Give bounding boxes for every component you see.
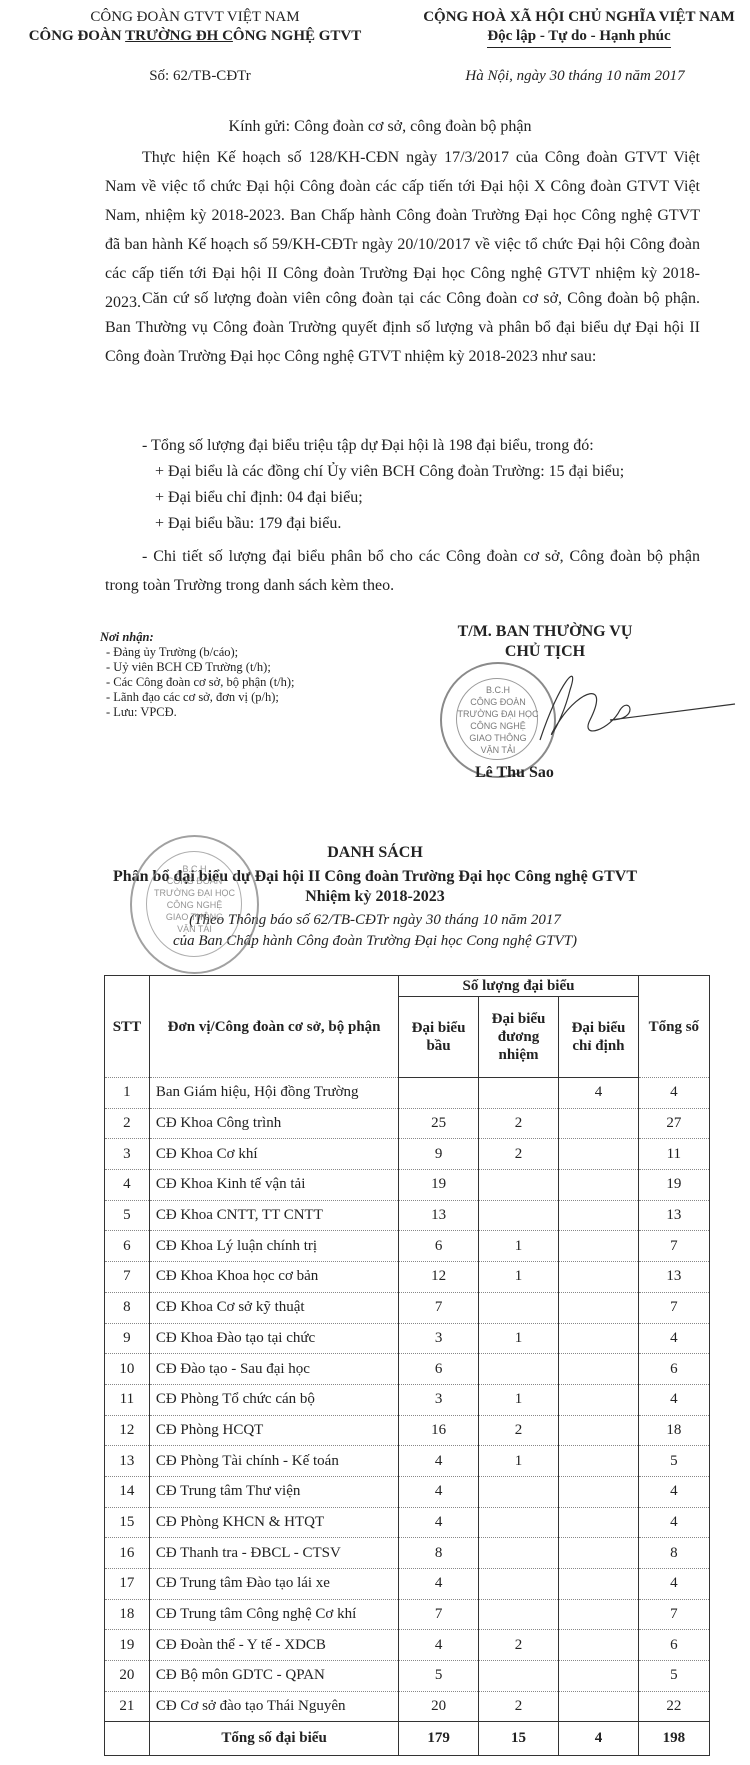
total-cell: 7 — [638, 1231, 709, 1262]
incumbent-cell — [478, 1599, 558, 1630]
incumbent-cell: 2 — [478, 1139, 558, 1170]
totals-incumbent: 15 — [478, 1722, 558, 1756]
unit-cell: CĐ Bộ môn GDTC - QPAN — [149, 1661, 399, 1692]
stt-cell: 13 — [105, 1446, 150, 1477]
unit-cell: CĐ Đoàn thể - Y tế - XDCB — [149, 1630, 399, 1661]
total-cell: 18 — [638, 1415, 709, 1446]
incumbent-cell — [478, 1292, 558, 1323]
stt-cell: 19 — [105, 1630, 150, 1661]
stt-cell: 17 — [105, 1569, 150, 1600]
stt-cell: 7 — [105, 1262, 150, 1293]
elected-cell: 25 — [399, 1108, 478, 1139]
total-cell: 6 — [638, 1354, 709, 1385]
table-row: 14CĐ Trung tâm Thư viện44 — [105, 1476, 710, 1507]
appointed-cell — [559, 1108, 638, 1139]
delegate-allocation-table: STT Đơn vị/Công đoàn cơ sở, bộ phận Số l… — [104, 975, 710, 1756]
totals-row: Tổng số đại biểu179154198 — [105, 1722, 710, 1756]
table-row: 10CĐ Đào tạo - Sau đại học66 — [105, 1354, 710, 1385]
sub-bullet-3: + Đại biểu bầu: 179 đại biểu. — [155, 511, 341, 537]
total-cell: 4 — [638, 1323, 709, 1354]
elected-cell: 9 — [399, 1139, 478, 1170]
incumbent-cell — [478, 1661, 558, 1692]
signer-name: Lê Thu Sao — [475, 764, 554, 782]
incumbent-cell: 1 — [478, 1384, 558, 1415]
unit-cell: CĐ Khoa Cơ sở kỹ thuật — [149, 1292, 399, 1323]
place-date: Hà Nội, ngày 30 tháng 10 năm 2017 — [405, 68, 745, 85]
incumbent-cell — [478, 1569, 558, 1600]
list-subtitle: Phân bổ đại biểu dự Đại hội II Công đoàn… — [0, 867, 750, 887]
total-cell: 13 — [638, 1200, 709, 1231]
incumbent-cell — [478, 1354, 558, 1385]
unit-cell: CĐ Khoa Kinh tế vận tải — [149, 1170, 399, 1201]
unit-cell: CĐ Khoa Đào tạo tại chức — [149, 1323, 399, 1354]
table-row: 21CĐ Cơ sở đào tạo Thái Nguyên20222 — [105, 1691, 710, 1722]
appointed-cell — [559, 1476, 638, 1507]
stt-cell: 10 — [105, 1354, 150, 1385]
appointed-cell — [559, 1661, 638, 1692]
table-row: 2CĐ Khoa Công trình25227 — [105, 1108, 710, 1139]
elected-cell: 4 — [399, 1507, 478, 1538]
appointed-cell — [559, 1599, 638, 1630]
total-cell: 4 — [638, 1078, 709, 1109]
greeting: Kính gửi: Công đoàn cơ sở, công đoàn bộ … — [100, 118, 660, 136]
recipient-item: - Lãnh đạo các cơ sở, đơn vị (p/h); — [100, 690, 295, 705]
totals-label: Tổng số đại biểu — [149, 1722, 399, 1756]
stt-cell: 9 — [105, 1323, 150, 1354]
table-row: 16CĐ Thanh tra - ĐBCL - CTSV88 — [105, 1538, 710, 1569]
elected-cell: 13 — [399, 1200, 478, 1231]
sub-bullet-1: + Đại biểu là các đồng chí Ủy viên BCH C… — [155, 459, 624, 485]
incumbent-cell: 2 — [478, 1108, 558, 1139]
stt-cell: 2 — [105, 1108, 150, 1139]
stt-cell: 8 — [105, 1292, 150, 1323]
appointed-cell — [559, 1446, 638, 1477]
appointed-cell — [559, 1323, 638, 1354]
stt-cell: 14 — [105, 1476, 150, 1507]
appointed-cell: 4 — [559, 1078, 638, 1109]
total-cell: 5 — [638, 1661, 709, 1692]
signature-title: T/M. BAN THƯỜNG VỤ CHỦ TỊCH — [400, 622, 690, 662]
sub-bullet-2: + Đại biểu chỉ định: 04 đại biểu; — [155, 485, 363, 511]
incumbent-cell — [478, 1476, 558, 1507]
stt-cell: 6 — [105, 1231, 150, 1262]
totals-stt-cell — [105, 1722, 150, 1756]
list-note-1: (Theo Thông báo số 62/TB-CĐTr ngày 30 th… — [0, 910, 750, 930]
document-number: Số: 62/TB-CĐTr — [60, 68, 340, 85]
header-delegate-count: Số lượng đại biểu — [399, 976, 638, 997]
total-cell: 7 — [638, 1599, 709, 1630]
incumbent-cell — [478, 1507, 558, 1538]
appointed-cell — [559, 1200, 638, 1231]
handwritten-signature-icon — [500, 660, 740, 760]
stt-cell: 4 — [105, 1170, 150, 1201]
unit-cell: CĐ Khoa Cơ khí — [149, 1139, 399, 1170]
appointed-cell — [559, 1384, 638, 1415]
table-row: 6CĐ Khoa Lý luận chính trị617 — [105, 1231, 710, 1262]
stt-cell: 18 — [105, 1599, 150, 1630]
header-elected: Đại biểu bầu — [399, 997, 478, 1078]
total-cell: 8 — [638, 1538, 709, 1569]
elected-cell: 5 — [399, 1661, 478, 1692]
total-cell: 4 — [638, 1569, 709, 1600]
header-total: Tổng số — [638, 976, 709, 1078]
table-row: 1Ban Giám hiệu, Hội đồng Trường44 — [105, 1078, 710, 1109]
unit-cell: CĐ Trung tâm Đào tạo lái xe — [149, 1569, 399, 1600]
issuer-header: CÔNG ĐOÀN GTVT VIỆT NAM CÔNG ĐOÀN TRƯỜNG… — [20, 8, 370, 46]
recipients-block: Nơi nhận: - Đảng ủy Trường (b/cáo); - Uỷ… — [100, 630, 295, 720]
table-row: 11CĐ Phòng Tổ chức cán bộ314 — [105, 1384, 710, 1415]
incumbent-cell: 1 — [478, 1323, 558, 1354]
official-stamp-icon: B.C.H CÔNG ĐOÀN TRƯỜNG ĐẠI HỌC CÔNG NGHỆ… — [130, 835, 259, 974]
stt-cell: 15 — [105, 1507, 150, 1538]
appointed-cell — [559, 1630, 638, 1661]
incumbent-cell: 2 — [478, 1415, 558, 1446]
elected-cell: 4 — [399, 1446, 478, 1477]
unit-cell: Ban Giám hiệu, Hội đồng Trường — [149, 1078, 399, 1109]
total-cell: 27 — [638, 1108, 709, 1139]
header-incumbent: Đại biểu đương nhiệm — [478, 997, 558, 1078]
total-cell: 4 — [638, 1476, 709, 1507]
table-row: 9CĐ Khoa Đào tạo tại chức314 — [105, 1323, 710, 1354]
table-row: 20CĐ Bộ môn GDTC - QPAN55 — [105, 1661, 710, 1692]
stt-cell: 16 — [105, 1538, 150, 1569]
incumbent-cell — [478, 1078, 558, 1109]
elected-cell: 16 — [399, 1415, 478, 1446]
incumbent-cell: 1 — [478, 1262, 558, 1293]
table-row: 12CĐ Phòng HCQT16218 — [105, 1415, 710, 1446]
unit-cell: CĐ Khoa CNTT, TT CNTT — [149, 1200, 399, 1231]
unit-cell: CĐ Đào tạo - Sau đại học — [149, 1354, 399, 1385]
header-stt: STT — [105, 976, 150, 1078]
total-cell: 4 — [638, 1507, 709, 1538]
appointed-cell — [559, 1415, 638, 1446]
elected-cell: 19 — [399, 1170, 478, 1201]
elected-cell: 4 — [399, 1476, 478, 1507]
unit-cell: CĐ Cơ sở đào tạo Thái Nguyên — [149, 1691, 399, 1722]
elected-cell: 4 — [399, 1630, 478, 1661]
appointed-cell — [559, 1231, 638, 1262]
unit-cell: CĐ Khoa Công trình — [149, 1108, 399, 1139]
national-header: CỘNG HOÀ XÃ HỘI CHỦ NGHĨA VIỆT NAM Độc l… — [408, 8, 750, 48]
bullet-total: - Tổng số lượng đại biểu triệu tập dự Đạ… — [142, 433, 594, 459]
unit-cell: CĐ Thanh tra - ĐBCL - CTSV — [149, 1538, 399, 1569]
table-row: 5CĐ Khoa CNTT, TT CNTT1313 — [105, 1200, 710, 1231]
recipients-title: Nơi nhận: — [100, 630, 295, 645]
incumbent-cell — [478, 1538, 558, 1569]
list-term: Nhiệm kỳ 2018-2023 — [0, 887, 750, 907]
header-appointed: Đại biểu chỉ định — [559, 997, 638, 1078]
table-row: 13CĐ Phòng Tài chính - Kế toán415 — [105, 1446, 710, 1477]
header-unit: Đơn vị/Công đoàn cơ sở, bộ phận — [149, 976, 399, 1078]
unit-cell: CĐ Phòng KHCN & HTQT — [149, 1507, 399, 1538]
elected-cell: 6 — [399, 1231, 478, 1262]
unit-cell: CĐ Phòng HCQT — [149, 1415, 399, 1446]
table-row: 17CĐ Trung tâm Đào tạo lái xe44 — [105, 1569, 710, 1600]
unit-cell: CĐ Trung tâm Thư viện — [149, 1476, 399, 1507]
table-row: 7CĐ Khoa Khoa học cơ bản12113 — [105, 1262, 710, 1293]
totals-elected: 179 — [399, 1722, 478, 1756]
elected-cell: 20 — [399, 1691, 478, 1722]
incumbent-cell: 1 — [478, 1446, 558, 1477]
appointed-cell — [559, 1538, 638, 1569]
elected-cell: 3 — [399, 1384, 478, 1415]
unit-cell: CĐ Trung tâm Công nghệ Cơ khí — [149, 1599, 399, 1630]
appointed-cell — [559, 1139, 638, 1170]
appointed-cell — [559, 1262, 638, 1293]
elected-cell: 8 — [399, 1538, 478, 1569]
incumbent-cell — [478, 1170, 558, 1201]
stt-cell: 20 — [105, 1661, 150, 1692]
elected-cell: 7 — [399, 1292, 478, 1323]
totals-appointed: 4 — [559, 1722, 638, 1756]
appointed-cell — [559, 1507, 638, 1538]
recipient-item: - Lưu: VPCĐ. — [100, 705, 295, 720]
list-title: DANH SÁCH — [0, 843, 750, 863]
stt-cell: 11 — [105, 1384, 150, 1415]
elected-cell: 3 — [399, 1323, 478, 1354]
total-cell: 11 — [638, 1139, 709, 1170]
elected-cell: 12 — [399, 1262, 478, 1293]
total-cell: 13 — [638, 1262, 709, 1293]
issuer-parent: CÔNG ĐOÀN GTVT VIỆT NAM — [20, 8, 370, 27]
list-note-2: của Ban Chấp hành Công đoàn Trường Đại h… — [0, 931, 750, 951]
stt-cell: 1 — [105, 1078, 150, 1109]
elected-cell — [399, 1078, 478, 1109]
stt-cell: 3 — [105, 1139, 150, 1170]
stt-cell: 12 — [105, 1415, 150, 1446]
total-cell: 22 — [638, 1691, 709, 1722]
recipient-item: - Uỷ viên BCH CĐ Trường (t/h); — [100, 660, 295, 675]
issuer-name: CÔNG ĐOÀN TRƯỜNG ĐH CÔNG NGHỆ GTVT — [20, 27, 370, 46]
totals-total: 198 — [638, 1722, 709, 1756]
total-cell: 6 — [638, 1630, 709, 1661]
elected-cell: 4 — [399, 1569, 478, 1600]
stt-cell: 21 — [105, 1691, 150, 1722]
recipient-item: - Đảng ủy Trường (b/cáo); — [100, 645, 295, 660]
table-row: 19CĐ Đoàn thể - Y tế - XDCB426 — [105, 1630, 710, 1661]
table-row: 8CĐ Khoa Cơ sở kỹ thuật77 — [105, 1292, 710, 1323]
total-cell: 4 — [638, 1384, 709, 1415]
table-row: 18CĐ Trung tâm Công nghệ Cơ khí77 — [105, 1599, 710, 1630]
unit-cell: CĐ Khoa Lý luận chính trị — [149, 1231, 399, 1262]
table-row: 4CĐ Khoa Kinh tế vận tải1919 — [105, 1170, 710, 1201]
incumbent-cell — [478, 1200, 558, 1231]
bullet-detail: - Chi tiết số lượng đại biểu phân bổ cho… — [105, 542, 700, 600]
appointed-cell — [559, 1691, 638, 1722]
paragraph-2: Căn cứ số lượng đoàn viên công đoàn tại … — [105, 284, 700, 371]
total-cell: 5 — [638, 1446, 709, 1477]
recipient-item: - Các Công đoàn cơ sở, bộ phận (t/h); — [100, 675, 295, 690]
unit-cell: CĐ Khoa Khoa học cơ bản — [149, 1262, 399, 1293]
stt-cell: 5 — [105, 1200, 150, 1231]
national-title: CỘNG HOÀ XÃ HỘI CHỦ NGHĨA VIỆT NAM — [408, 8, 750, 27]
unit-cell: CĐ Phòng Tổ chức cán bộ — [149, 1384, 399, 1415]
table-row: 3CĐ Khoa Cơ khí9211 — [105, 1139, 710, 1170]
total-cell: 7 — [638, 1292, 709, 1323]
appointed-cell — [559, 1292, 638, 1323]
table-row: 15CĐ Phòng KHCN & HTQT44 — [105, 1507, 710, 1538]
unit-cell: CĐ Phòng Tài chính - Kế toán — [149, 1446, 399, 1477]
appointed-cell — [559, 1569, 638, 1600]
incumbent-cell: 1 — [478, 1231, 558, 1262]
total-cell: 19 — [638, 1170, 709, 1201]
appointed-cell — [559, 1354, 638, 1385]
incumbent-cell: 2 — [478, 1691, 558, 1722]
elected-cell: 7 — [399, 1599, 478, 1630]
appointed-cell — [559, 1170, 638, 1201]
incumbent-cell: 2 — [478, 1630, 558, 1661]
elected-cell: 6 — [399, 1354, 478, 1385]
national-motto: Độc lập - Tự do - Hạnh phúc — [487, 27, 670, 48]
